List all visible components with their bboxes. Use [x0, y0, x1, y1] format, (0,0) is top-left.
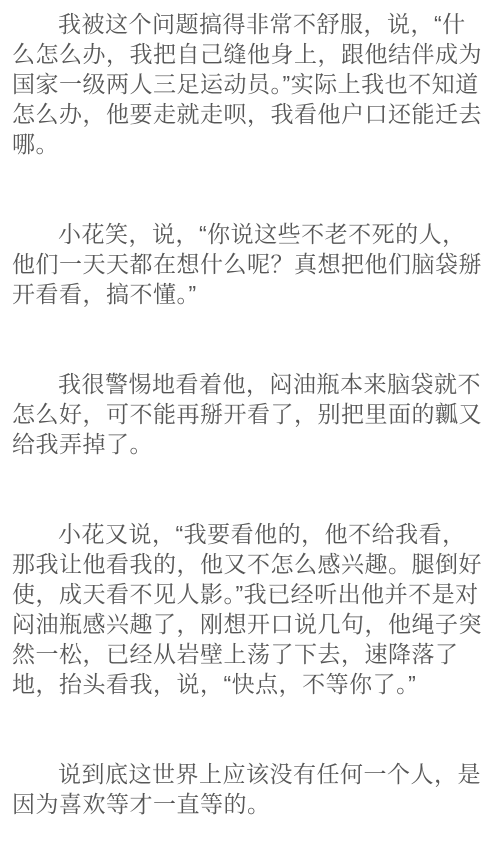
paragraph-4: 小花又说，“我要看他的，他不给我看，那我让他看我的，他又不怎么感兴趣。腿倒好使，…: [12, 519, 482, 699]
paragraph-1: 我被这个问题搞得非常不舒服，说，“什么怎么办，我把自己缝他身上，跟他结伴成为国家…: [12, 9, 482, 159]
paragraph-5: 说到底这世界上应该没有任何一个人，是因为喜欢等才一直等的。: [12, 759, 482, 819]
paragraph-3: 我很警惕地看着他，闷油瓶本来脑袋就不怎么好，可不能再掰开看了，别把里面的瓤又给我…: [12, 369, 482, 459]
reader-page: 我被这个问题搞得非常不舒服，说，“什么怎么办，我把自己缝他身上，跟他结伴成为国家…: [0, 0, 500, 867]
paragraph-2: 小花笑，说，“你说这些不老不死的人，他们一天天都在想什么呢？真想把他们脑袋掰开看…: [12, 219, 482, 309]
